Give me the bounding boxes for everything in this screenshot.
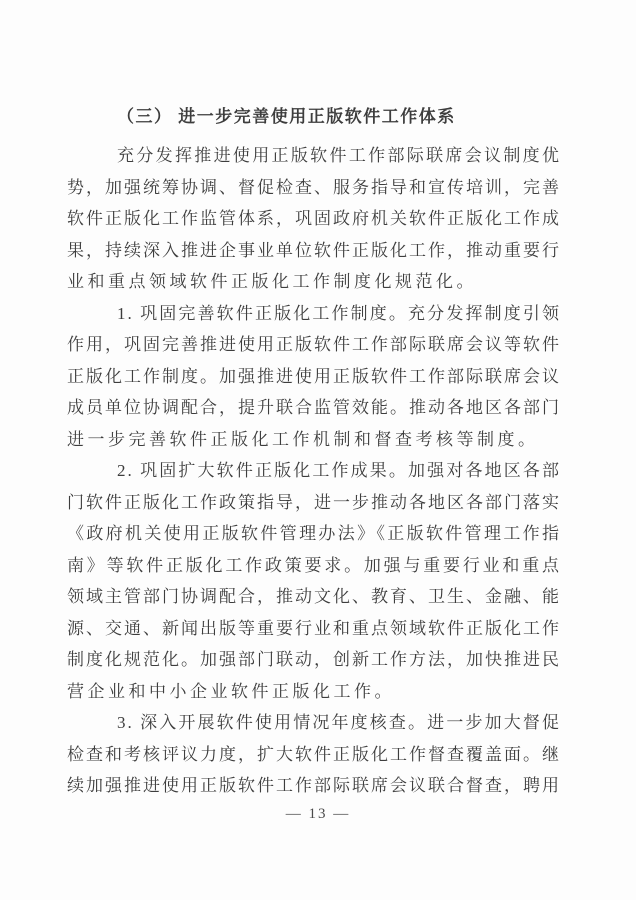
text-line: 果，持续深入推进企事业单位软件正版化工作，推动重要行 xyxy=(67,235,561,267)
text-line: 《政府机关使用正版软件管理办法》《正版软件管理工作指 xyxy=(67,518,561,550)
text-line: 检查和考核评议力度，扩大软件正版化工作督查覆盖面。继 xyxy=(67,739,561,771)
text-line: 正版化工作制度。加强推进使用正版软件工作部际联席会议 xyxy=(67,361,561,393)
text-line: 领域主管部门协调配合，推动文化、教育、卫生、金融、能 xyxy=(67,581,561,613)
text-line: 作用，巩固完善推进使用正版软件工作部际联席会议等软件 xyxy=(67,329,561,361)
section-heading: （三） 进一步完善使用正版软件工作体系 xyxy=(67,101,561,132)
text-line: 南》等软件正版化工作政策要求。加强与重要行业和重点 xyxy=(67,550,561,582)
text-line: 进一步完善软件正版化工作机制和督查考核等制度。 xyxy=(67,424,561,456)
text-line: 势，加强统筹协调、督促检查、服务指导和宣传培训，完善 xyxy=(67,172,561,204)
text-line: 3. 深入开展软件使用情况年度核查。进一步加大督促 xyxy=(67,707,561,739)
text-line: 制度化规范化。加强部门联动，创新工作方法，加快推进民 xyxy=(67,644,561,676)
text-line: 1. 巩固完善软件正版化工作制度。充分发挥制度引领 xyxy=(67,298,561,330)
text-line: 2. 巩固扩大软件正版化工作成果。加强对各地区各部 xyxy=(67,455,561,487)
document-body: （三） 进一步完善使用正版软件工作体系 充分发挥推进使用正版软件工作部际联席会议… xyxy=(67,101,561,802)
text-line: 软件正版化工作监管体系，巩固政府机关软件正版化工作成 xyxy=(67,203,561,235)
text-line: 续加强推进使用正版软件工作部际联席会议联合督查，聘用 xyxy=(67,770,561,802)
page-number: — 13 — xyxy=(0,806,636,823)
text-line: 成员单位协调配合，提升联合监管效能。推动各地区各部门 xyxy=(67,392,561,424)
text-line: 充分发挥推进使用正版软件工作部际联席会议制度优 xyxy=(67,140,561,172)
text-line: 业和重点领域软件正版化工作制度化规范化。 xyxy=(67,266,561,298)
text-line: 门软件正版化工作政策指导，进一步推动各地区各部门落实 xyxy=(67,487,561,519)
text-line: 源、交通、新闻出版等重要行业和重点领域软件正版化工作 xyxy=(67,613,561,645)
paragraph-item-1: 1. 巩固完善软件正版化工作制度。充分发挥制度引领 作用，巩固完善推进使用正版软… xyxy=(67,298,561,456)
text-line: 营企业和中小企业软件正版化工作。 xyxy=(67,676,561,708)
paragraph-item-3: 3. 深入开展软件使用情况年度核查。进一步加大督促 检查和考核评议力度，扩大软件… xyxy=(67,707,561,802)
paragraph-item-2: 2. 巩固扩大软件正版化工作成果。加强对各地区各部 门软件正版化工作政策指导，进… xyxy=(67,455,561,707)
paragraph-intro: 充分发挥推进使用正版软件工作部际联席会议制度优 势，加强统筹协调、督促检查、服务… xyxy=(67,140,561,298)
document-page: （三） 进一步完善使用正版软件工作体系 充分发挥推进使用正版软件工作部际联席会议… xyxy=(0,0,636,900)
